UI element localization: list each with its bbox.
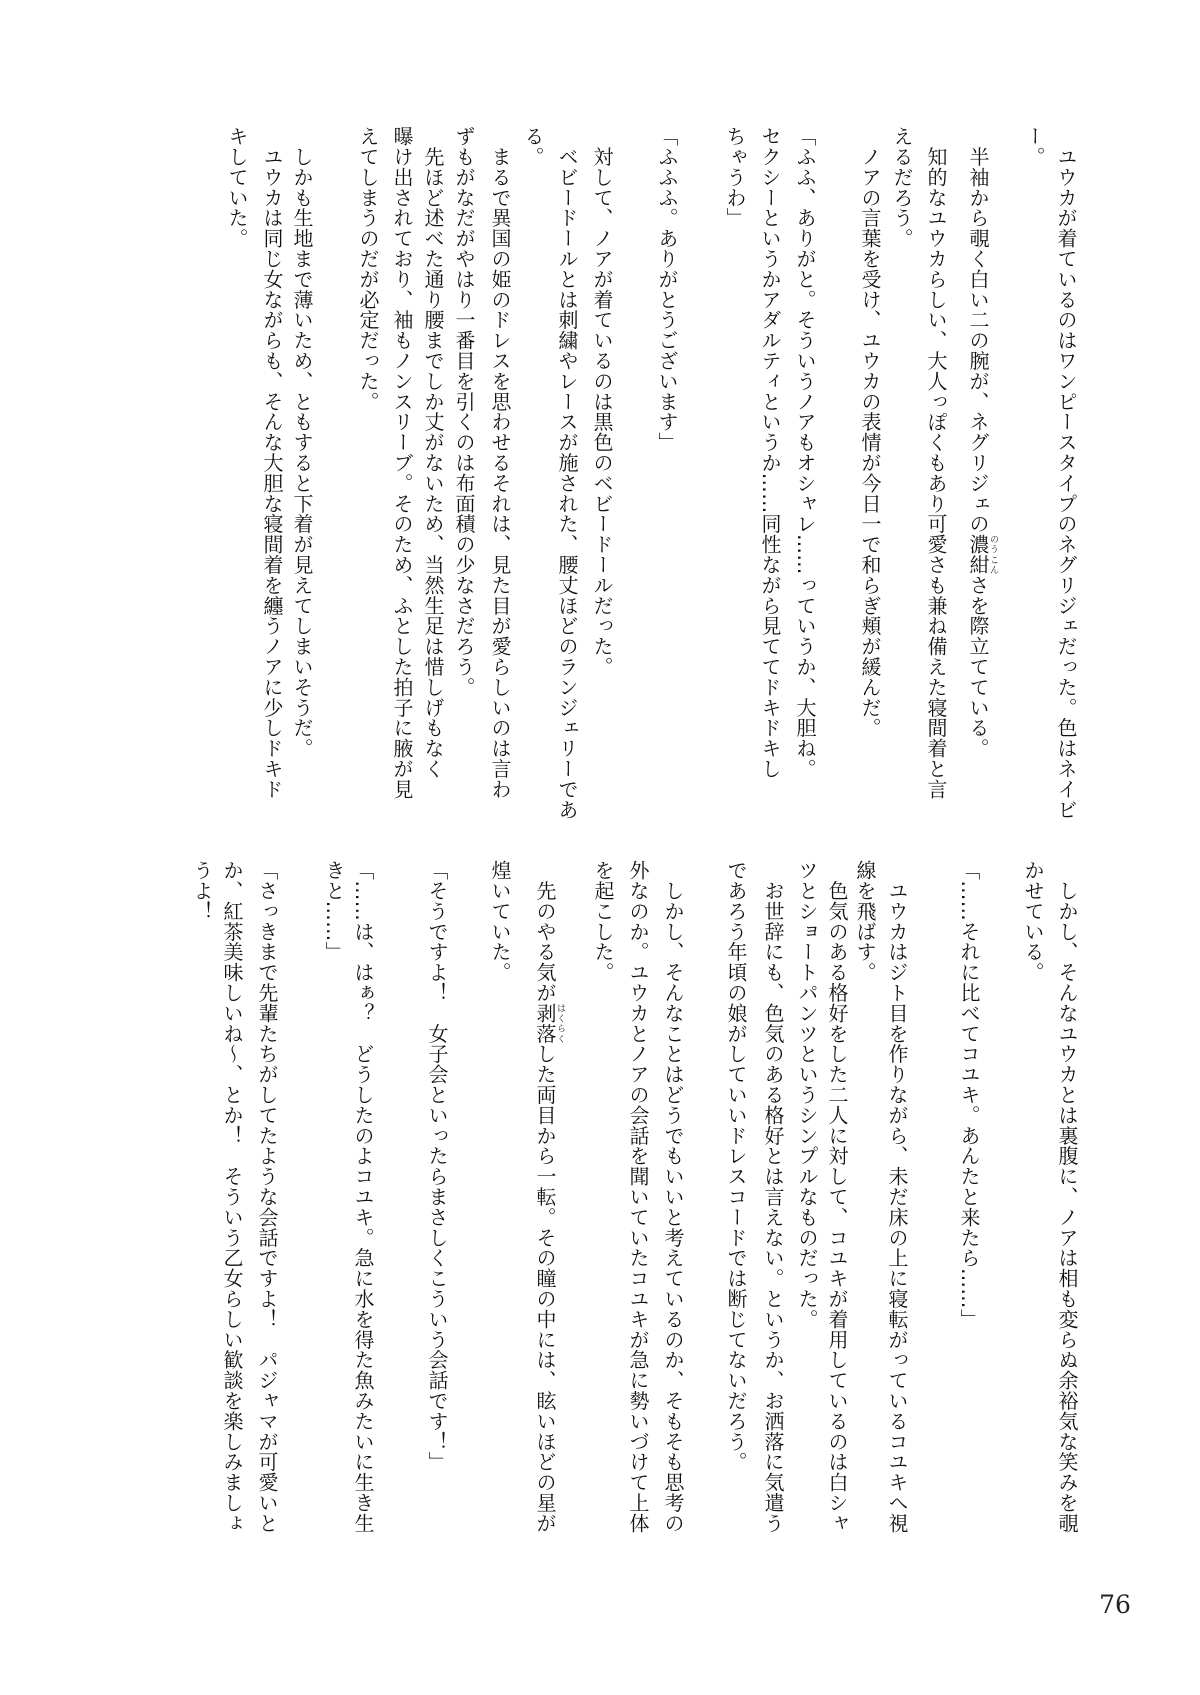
text-column: 「さっきまで先輩たちがしてたような会話ですよ！ パジャマが可愛いと xyxy=(253,860,281,1533)
text-column: を起こした。 xyxy=(589,860,617,982)
text-column: 半袖から覗く白い二の腕が、ネグリジェの濃紺のうこんさを際立てている。 xyxy=(964,126,998,758)
text-column: かせている。 xyxy=(1019,860,1047,982)
text-column: ずもがなだがやはり一番目を引くのは布面積の少なさだろう。 xyxy=(450,126,478,697)
text-column: しかも生地まで薄いため、ともすると下着が見えてしまいそうだ。 xyxy=(288,126,316,758)
text-column: 「そうですよ！ 女子会といったらまさしくこういう会話です！」 xyxy=(423,860,451,1472)
text-column: ユウカが着ているのはワンピースタイプのネグリジェだった。色はネイビ xyxy=(1052,126,1080,820)
text-column: まるで異国の姫のドレスを思わせるそれは、見た目が愛らしいのは言わ xyxy=(486,126,514,799)
text-column: 線を飛ばす。 xyxy=(851,860,879,982)
text-column: 先のやる気が剥落はくらくした両目から一転。その瞳の中には、眩いほどの星が xyxy=(531,860,565,1533)
text-column: 対して、ノアが着ているのは黒色のベビードールだった。 xyxy=(588,126,616,677)
text-column: 曝け出されており、袖もノンスリーブ。そのため、ふとした拍子に腋が見 xyxy=(388,126,416,799)
text-column: 外なのか。ユウカとノアの会話を聞いていたコユキが急に勢いづけて上体 xyxy=(624,860,652,1533)
text-column: 色気のある格好をした二人に対して、コユキが着用しているのは白シャ xyxy=(823,860,851,1533)
text-column: ノアの言葉を受け、ユウカの表情が今日一で和らぎ頬が緩んだ。 xyxy=(856,126,884,738)
text-column: ユウカはジト目を作りながら、未だ床の上に寝転がっているコユキへ視 xyxy=(883,860,911,1533)
text-column: えるだろう。 xyxy=(888,126,916,248)
text-column: しかし、そんなユウカとは裏腹に、ノアは相も変らぬ余裕気な笑みを覗 xyxy=(1053,860,1081,1533)
text-column: キしていた。 xyxy=(223,126,251,248)
text-column: 「ふふ、ありがと。そういうノアもオシャレ……っていうか、大胆ね。 xyxy=(791,126,819,779)
text-column: であろう年頃の娘がしていいドレスコードでは断じてないだろう。 xyxy=(722,860,750,1472)
text-column: 「……それに比べてコユキ。あんたと来たら……」 xyxy=(955,860,983,1329)
text-column: 「ふふふ。ありがとうございます」 xyxy=(653,126,681,452)
text-column: うよ！ xyxy=(188,860,216,921)
text-column: ー。 xyxy=(1020,126,1048,167)
text-column: 先ほど述べた通り腰までしか丈がないため、当然生足は惜しげもなく xyxy=(419,126,447,779)
text-column: ベビードールとは刺繍やレースが施された、腰丈ほどのランジェリーであ xyxy=(553,126,581,820)
novel-page: ユウカが着ているのはワンピースタイプのネグリジェだった。色はネイビー。 半袖から… xyxy=(0,0,1200,1695)
text-column: セクシーというかアダルティというか……同性ながら見ててドキドキし xyxy=(756,126,784,779)
text-column: 知的なユウカらしい、大人っぽくもあり可愛さも兼ね備えた寝間着と言 xyxy=(922,126,950,799)
text-column: ちゃうわ」 xyxy=(721,126,749,228)
text-column: ユウカは同じ女ながらも、そんな大胆な寝間着を纏うノアに少しドキド xyxy=(258,126,286,799)
text-column: えてしまうのだが必定だった。 xyxy=(354,126,382,412)
text-column: 「……は、はぁ？ どうしたのよコユキ。急に水を得た魚みたいに生き生 xyxy=(349,860,377,1533)
page-number: 76 xyxy=(1080,1590,1150,1619)
text-column: きと……」 xyxy=(320,860,348,962)
text-column: しかし、そんなことはどうでもいいと考えているのか、そもそも思考の xyxy=(659,860,687,1533)
text-column: 煌いていた。 xyxy=(486,860,514,982)
text-column: ツとショートパンツというシンプルなものだった。 xyxy=(793,860,821,1329)
text-column: か、紅茶美味しいね～、とか！ そういう乙女らしい歓談を楽しみましょ xyxy=(218,860,246,1533)
text-column: お世辞にも、色気のある格好とは言えない。というか、お洒落に気遣う xyxy=(759,860,787,1533)
text-column: る。 xyxy=(519,126,547,167)
